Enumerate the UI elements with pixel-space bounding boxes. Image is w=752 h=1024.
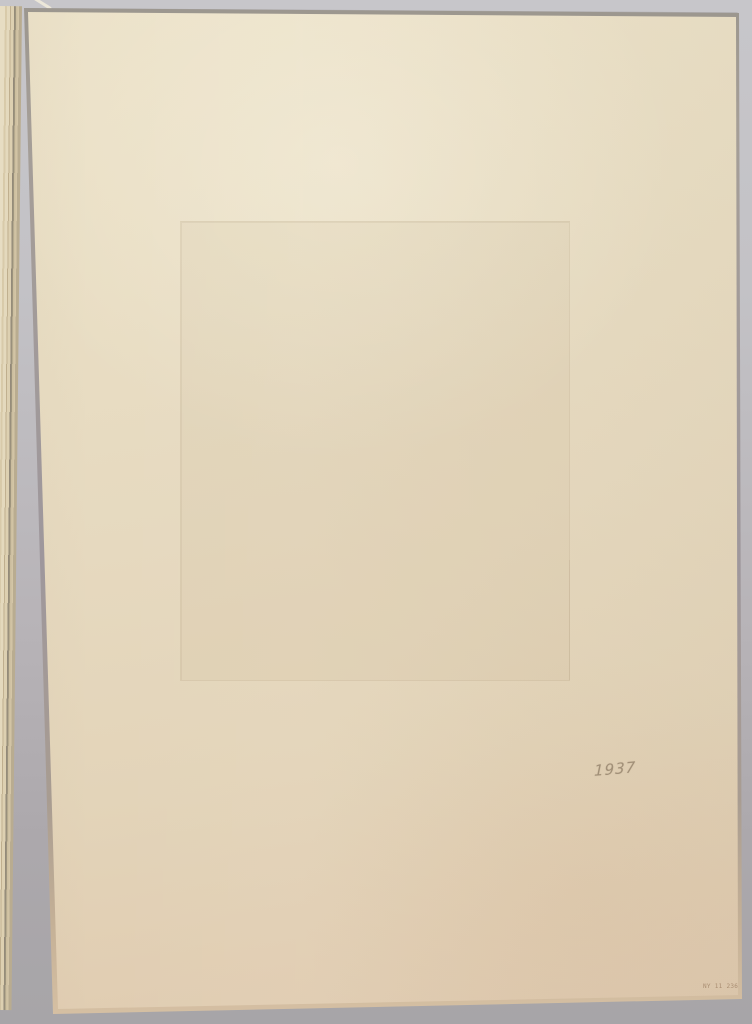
plate-mark-impression — [180, 221, 570, 681]
plate-mark-right-trace — [569, 560, 570, 680]
book-page-stack-edge — [0, 6, 22, 1010]
blank-book-page: 1937 NY 11 236 — [0, 0, 752, 1024]
photo-backdrop: 1937 NY 11 236 — [0, 0, 752, 1024]
pencil-date-inscription: 1937 — [594, 758, 636, 780]
inventory-stamp: NY 11 236 — [703, 983, 738, 990]
